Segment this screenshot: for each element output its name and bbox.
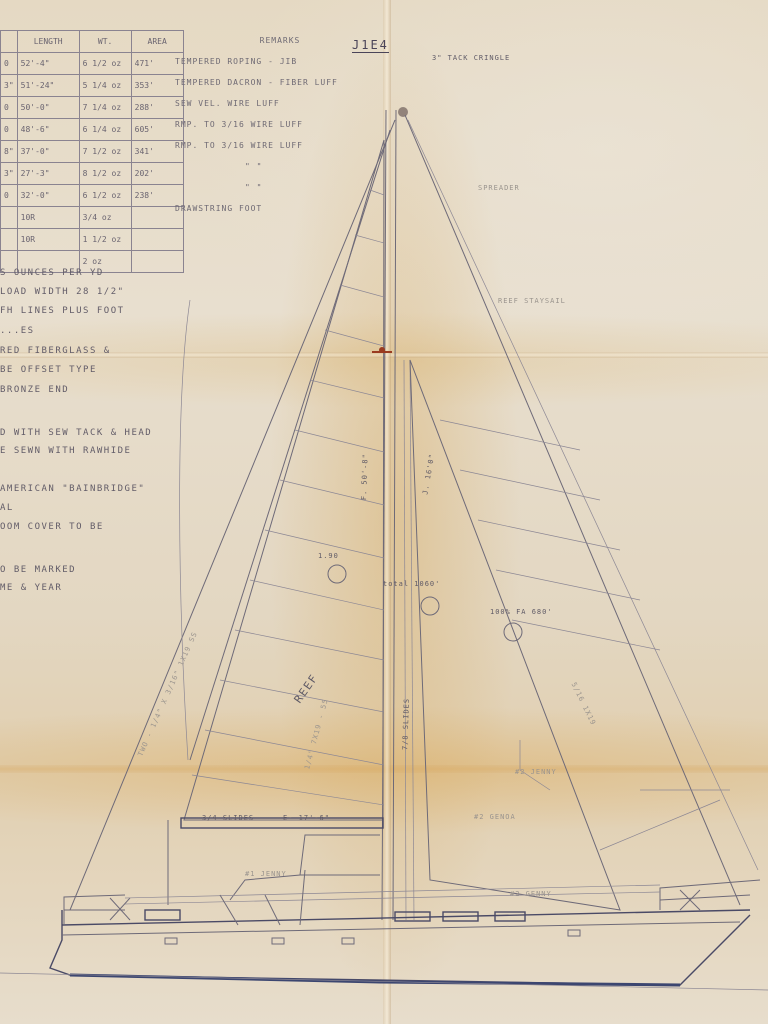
stanchion [300, 870, 305, 925]
boom [168, 818, 383, 905]
staysail-label: #1 JENNY [245, 870, 287, 878]
lifeline [125, 885, 660, 898]
masthead-fitting [398, 107, 408, 117]
reef-staysail-label: REEF STAYSAIL [498, 297, 566, 305]
stanchion [220, 895, 238, 925]
foot-slides-label: 3/4 SLIDES [202, 814, 254, 822]
jib-foot [600, 800, 720, 850]
genoa [410, 360, 660, 910]
roach-curve [180, 300, 190, 760]
centroid-foretriangle [504, 623, 522, 641]
sail-plan-drawing [0, 0, 768, 1024]
spreader-label: SPREADER [478, 184, 520, 192]
main-area-label: 1.90 [318, 552, 339, 560]
foretriangle-label: 100% FA 680' [490, 608, 553, 616]
fold-tack-mark [379, 347, 385, 353]
mainsail [184, 140, 384, 820]
headstay [70, 120, 395, 910]
centroid-main [328, 565, 346, 583]
mast [382, 110, 414, 920]
bow-pulpit [660, 880, 760, 910]
deckhouse [230, 835, 380, 900]
boom-length-label: E- 17'-6" [283, 814, 330, 822]
inner-forestay [190, 130, 390, 760]
centroid-total [421, 597, 439, 615]
genoa-label: #2 GENOA [474, 813, 516, 821]
total-area-label: total 1060' [383, 580, 440, 588]
upper-genny-label: #2 GENNY [510, 890, 552, 898]
jib-label: #2 JENNY [515, 768, 557, 776]
main-luff-label: F. 50'-8" [360, 453, 370, 500]
lifeline [125, 892, 660, 904]
hull [0, 910, 768, 990]
backstay-2 [408, 120, 758, 870]
